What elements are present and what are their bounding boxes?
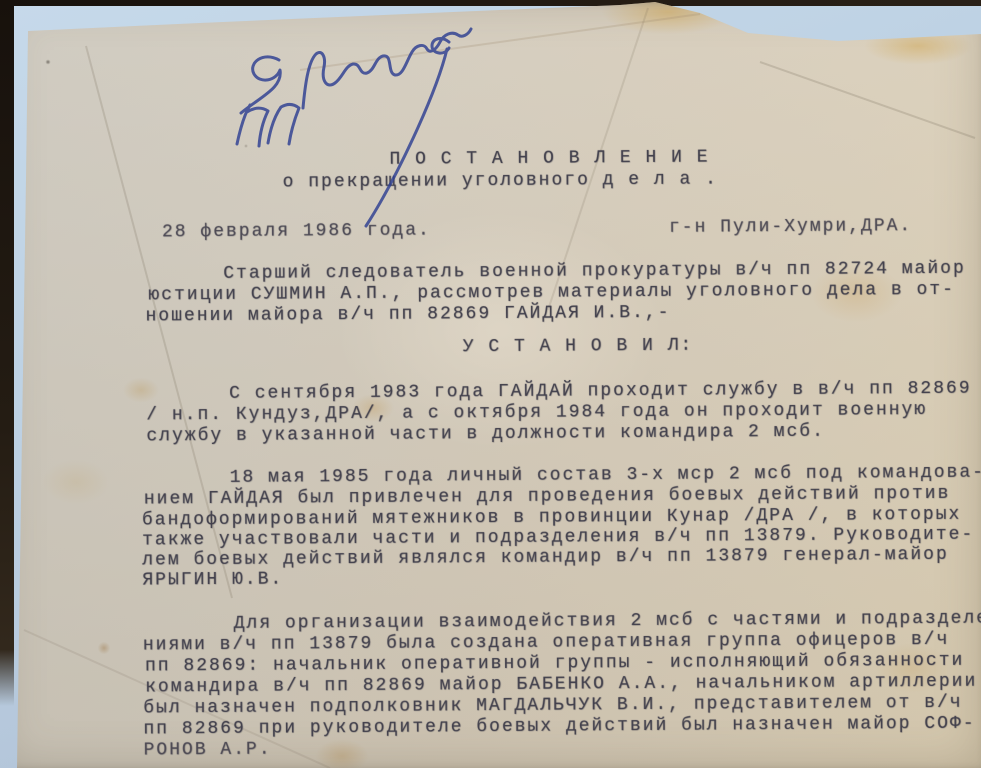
document-paper: П О С Т А Н О В Л Е Н И Е о прекращении … [0,0,981,768]
place-text: г-н Пули-Хумри,ДРА. [669,216,912,238]
combat-paragraph-line: ЯРЫГИН Ю.В. [142,570,283,591]
photo-frame-edge-top [0,0,981,6]
combat-paragraph-line: лем боевых действий являлся командир в/ч… [142,545,949,571]
photo-frame-edge-left [0,0,14,706]
document-title-line2: о прекращении уголовного д е л а . [283,169,718,192]
photo-of-document: П О С Т А Н О В Л Е Н И Е о прекращении … [0,0,981,768]
intro-line: юстиции СУШМИН А.П., рассмотрев материал… [148,280,955,306]
section-heading-ustanovil: У С Т А Н О В И Л: [463,336,694,358]
date-text: 28 февраля 1986 года. [162,220,431,242]
typewritten-text-block: П О С Т А Н О В Л Е Н И Е о прекращении … [0,0,981,768]
document-title-line1: П О С Т А Н О В Л Е Н И Е [389,148,709,170]
intro-line: ношении майора в/ч пп 82869 ГАЙДАЯ И.В.,… [145,303,670,327]
service-paragraph-line: службу в указанной части в должности ком… [146,422,825,447]
opgroup-paragraph-line: РОНОВ А.Р. [144,740,272,761]
